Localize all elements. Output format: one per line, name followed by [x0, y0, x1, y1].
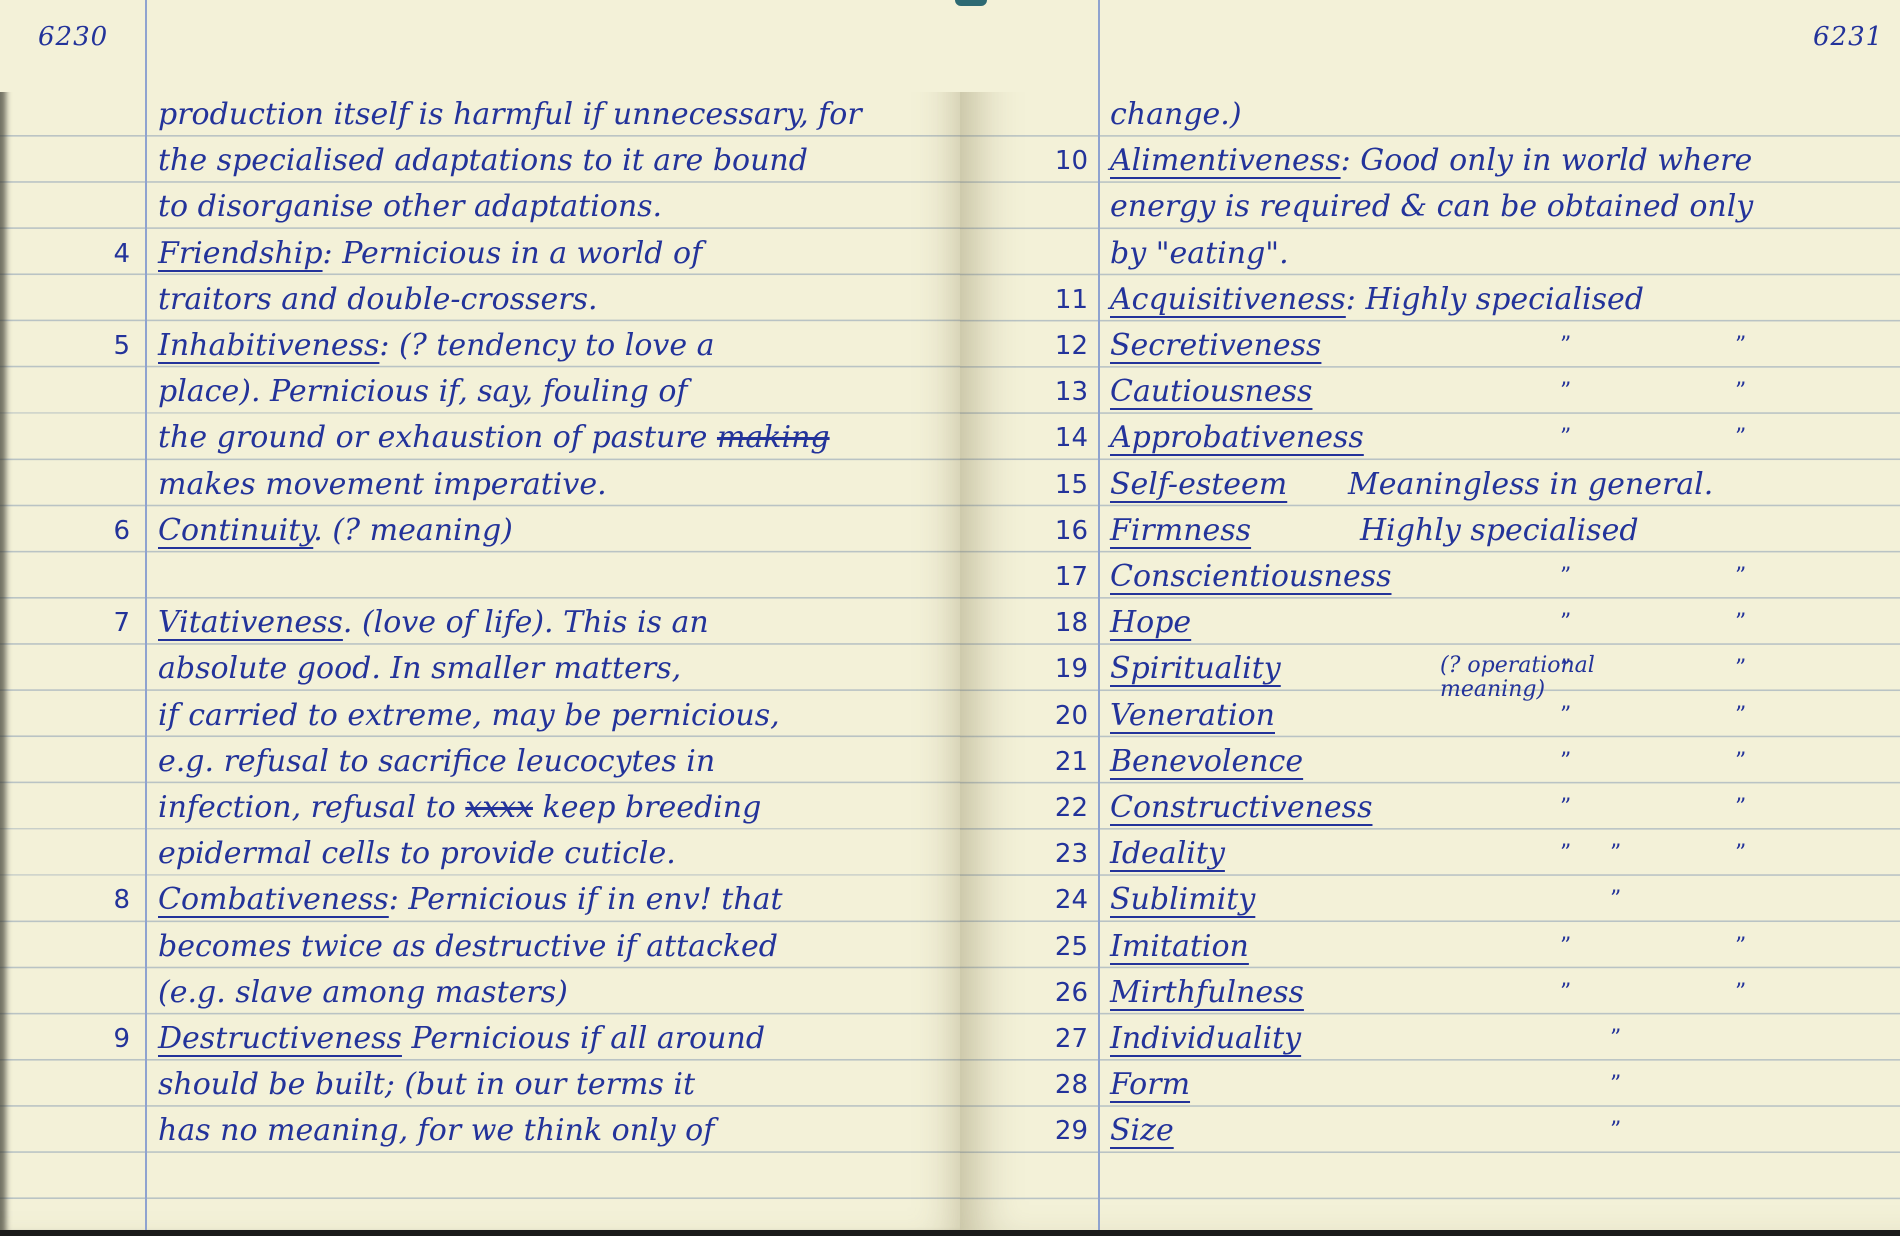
line-text: Friendship: Pernicious in a world of	[158, 231, 702, 277]
text-line: 29Size”	[960, 1108, 1900, 1154]
line-text: Approbativeness	[1110, 415, 1364, 461]
ditto-mark: ”	[1560, 323, 1571, 369]
line-text: Individuality	[1110, 1016, 1301, 1062]
text-line: 17Conscientiousness””	[960, 554, 1900, 600]
struck-word: xxxx	[465, 790, 533, 825]
ditto-mark: ”	[1610, 877, 1621, 923]
faculty-term: Mirthfulness	[1110, 975, 1304, 1010]
item-number: 20	[1048, 693, 1088, 739]
faculty-term: Veneration	[1110, 698, 1275, 733]
item-number: 12	[1048, 323, 1088, 369]
line-text: should be built; (but in our terms it	[158, 1062, 695, 1108]
text-line: epidermal cells to provide cuticle.	[0, 831, 960, 877]
line-text: Destructiveness Pernicious if all around	[158, 1016, 765, 1062]
text-line: 27Individuality”	[960, 1016, 1900, 1062]
text-line: the specialised adaptations to it are bo…	[0, 138, 960, 184]
text-line: to disorganise other adaptations.	[0, 184, 960, 230]
line-text: e.g. refusal to sacrifice leucocytes in	[158, 739, 715, 785]
line-body: . (? meaning)	[313, 513, 513, 548]
item-number: 21	[1048, 739, 1088, 785]
item-number: 24	[1048, 877, 1088, 923]
item-number: 8	[90, 877, 130, 923]
item-number: 26	[1048, 970, 1088, 1016]
text-line: 18Hope””	[960, 600, 1900, 646]
line-body: should be built; (but in our terms it	[158, 1067, 695, 1102]
line-body: production itself is harmful if unnecess…	[158, 97, 862, 132]
left-page: 6230 production itself is harmful if unn…	[0, 0, 960, 1230]
ditto-mark: ”	[1735, 693, 1746, 739]
struck-word: making	[717, 420, 830, 455]
faculty-term: Cautiousness	[1110, 374, 1312, 409]
line-text: Imitation	[1110, 924, 1249, 970]
item-number: 23	[1048, 831, 1088, 877]
text-line: 5Inhabitiveness: (? tendency to love a	[0, 323, 960, 369]
line-text: Size	[1110, 1108, 1174, 1154]
text-line: 8Combativeness: Pernicious if in env! th…	[0, 877, 960, 923]
line-text: makes movement imperative.	[158, 462, 607, 508]
line-body: has no meaning, for we think only of	[158, 1113, 714, 1148]
ditto-mark: ”	[1560, 554, 1571, 600]
faculty-term: Destructiveness	[158, 1021, 402, 1056]
item-number: 19	[1048, 646, 1088, 692]
faculty-term: Continuity	[158, 513, 313, 548]
line-body: the ground or exhaustion of pasture	[158, 420, 707, 455]
faculty-term: Size	[1110, 1113, 1174, 1148]
page-header-area	[960, 0, 1900, 92]
faculty-term: Approbativeness	[1110, 420, 1364, 455]
line-body: by "eating".	[1110, 236, 1289, 271]
line-text: Constructiveness	[1110, 785, 1372, 831]
ditto-mark: ”	[1560, 970, 1571, 1016]
text-line: 11Acquisitiveness: Highly specialised	[960, 277, 1900, 323]
line-body: infection, refusal to	[158, 790, 456, 825]
faculty-term: Imitation	[1110, 929, 1249, 964]
item-number: 11	[1048, 277, 1088, 323]
text-line: has no meaning, for we think only of	[0, 1108, 960, 1154]
item-number: 16	[1048, 508, 1088, 554]
text-line: traitors and double-crossers.	[0, 277, 960, 323]
item-number: 17	[1048, 554, 1088, 600]
line-body: : Pernicious in a world of	[323, 236, 703, 271]
ditto-mark: ”	[1735, 646, 1746, 692]
line-body: Pernicious if all around	[402, 1021, 765, 1056]
item-number: 15	[1048, 462, 1088, 508]
text-line: infection, refusal to xxxx keep breeding	[0, 785, 960, 831]
line-text: if carried to extreme, may be pernicious…	[158, 693, 780, 739]
text-line: 13Cautiousness””	[960, 369, 1900, 415]
line-text: energy is required & can be obtained onl…	[1110, 184, 1753, 230]
text-line: 20Veneration””	[960, 693, 1900, 739]
text-line: 28Form”	[960, 1062, 1900, 1108]
line-text: to disorganise other adaptations.	[158, 184, 662, 230]
ditto-mark: ”	[1560, 785, 1571, 831]
faculty-term: Acquisitiveness	[1110, 282, 1346, 317]
line-text: Form	[1110, 1062, 1190, 1108]
text-line: change.)	[960, 92, 1900, 138]
line-body: if carried to extreme, may be pernicious…	[158, 698, 780, 733]
item-number: 9	[90, 1016, 130, 1062]
line-body: : Pernicious if in env! that	[389, 882, 783, 917]
ditto-mark: ”	[1735, 785, 1746, 831]
item-number: 14	[1048, 415, 1088, 461]
ditto-mark: ”	[1735, 323, 1746, 369]
ditto-mark: ”	[1735, 600, 1746, 646]
line-body: : (? tendency to love a	[379, 328, 714, 363]
line-body: becomes twice as destructive if attacked	[158, 929, 778, 964]
text-line: should be built; (but in our terms it	[0, 1062, 960, 1108]
line-text: becomes twice as destructive if attacked	[158, 924, 778, 970]
text-line	[0, 554, 960, 600]
line-body: place). Pernicious if, say, fouling of	[158, 374, 688, 409]
line-text: Continuity. (? meaning)	[158, 508, 513, 554]
ditto-mark: ”	[1610, 1062, 1621, 1108]
text-line: 15Self-esteemMeaningless in general.	[960, 462, 1900, 508]
assessment-text: Highly specialised	[1360, 508, 1639, 554]
ditto-mark: ”	[1560, 600, 1571, 646]
faculty-term: Hope	[1110, 605, 1191, 640]
line-continuation: keep breeding	[543, 790, 762, 825]
text-line: 7Vitativeness. (love of life). This is a…	[0, 600, 960, 646]
line-body: energy is required & can be obtained onl…	[1110, 189, 1753, 224]
line-text: place). Pernicious if, say, fouling of	[158, 369, 688, 415]
text-line: absolute good. In smaller matters,	[0, 646, 960, 692]
faculty-term: Form	[1110, 1067, 1190, 1102]
faculty-term: Self-esteem	[1110, 467, 1287, 502]
ditto-mark: ”	[1560, 831, 1571, 877]
line-text: by "eating".	[1110, 231, 1289, 277]
text-line: 14Approbativeness””	[960, 415, 1900, 461]
line-body: change.)	[1110, 97, 1242, 132]
line-text: the ground or exhaustion of pasture maki…	[158, 415, 830, 461]
ditto-mark: ”	[1735, 970, 1746, 1016]
page-number: 6231	[1813, 22, 1883, 52]
ditto-mark: ”	[1735, 739, 1746, 785]
text-line: 12Secretiveness””	[960, 323, 1900, 369]
faculty-term: Benevolence	[1110, 744, 1303, 779]
line-text: Firmness	[1110, 508, 1251, 554]
text-line: if carried to extreme, may be pernicious…	[0, 693, 960, 739]
line-text: has no meaning, for we think only of	[158, 1108, 714, 1154]
text-line: 26Mirthfulness””	[960, 970, 1900, 1016]
text-line: place). Pernicious if, say, fouling of	[0, 369, 960, 415]
line-text: production itself is harmful if unnecess…	[158, 92, 862, 138]
line-body: (e.g. slave among masters)	[158, 975, 568, 1010]
faculty-term: Vitativeness	[158, 605, 343, 640]
text-line: 10Alimentiveness: Good only in world whe…	[960, 138, 1900, 184]
line-text: epidermal cells to provide cuticle.	[158, 831, 676, 877]
ditto-mark: ”	[1560, 693, 1571, 739]
text-line: 9Destructiveness Pernicious if all aroun…	[0, 1016, 960, 1062]
line-text: Hope	[1110, 600, 1191, 646]
item-number: 29	[1048, 1108, 1088, 1154]
line-body: makes movement imperative.	[158, 467, 607, 502]
item-number: 6	[90, 508, 130, 554]
item-number: 27	[1048, 1016, 1088, 1062]
line-text: Sublimity	[1110, 877, 1255, 923]
ditto-mark: ”	[1560, 415, 1571, 461]
item-number: 22	[1048, 785, 1088, 831]
ditto-mark: ”	[1560, 739, 1571, 785]
text-line: 21Benevolence””	[960, 739, 1900, 785]
notebook-spread: 6230 production itself is harmful if unn…	[0, 0, 1900, 1230]
line-text: Spirituality	[1110, 646, 1281, 692]
faculty-term: Conscientiousness	[1110, 559, 1392, 594]
text-line: 22Constructiveness””	[960, 785, 1900, 831]
text-line: 24Sublimity”	[960, 877, 1900, 923]
item-number: 5	[90, 323, 130, 369]
line-body: epidermal cells to provide cuticle.	[158, 836, 676, 871]
text-line: the ground or exhaustion of pasture maki…	[0, 415, 960, 461]
assessment-text: Meaningless in general.	[1348, 462, 1713, 508]
faculty-term: Secretiveness	[1110, 328, 1321, 363]
text-line: e.g. refusal to sacrifice leucocytes in	[0, 739, 960, 785]
line-text: Ideality	[1110, 831, 1225, 877]
line-text: Veneration	[1110, 693, 1275, 739]
page-number: 6230	[38, 22, 108, 52]
line-text: Combativeness: Pernicious if in env! tha…	[158, 877, 783, 923]
ditto-mark: ”	[1735, 554, 1746, 600]
line-text: Mirthfulness	[1110, 970, 1304, 1016]
ditto-mark: ”	[1735, 831, 1746, 877]
line-text: Self-esteem	[1110, 462, 1287, 508]
text-line: becomes twice as destructive if attacked	[0, 924, 960, 970]
faculty-term: Spirituality	[1110, 651, 1281, 686]
faculty-term: Sublimity	[1110, 882, 1255, 917]
faculty-term: Firmness	[1110, 513, 1251, 548]
text-line: by "eating".	[960, 231, 1900, 277]
ditto-mark: ”	[1735, 924, 1746, 970]
faculty-term: Inhabitiveness	[158, 328, 379, 363]
ditto-mark: ”	[1610, 831, 1621, 877]
item-number: 10	[1048, 138, 1088, 184]
line-text: Vitativeness. (love of life). This is an	[158, 600, 709, 646]
text-line: production itself is harmful if unnecess…	[0, 92, 960, 138]
text-line: makes movement imperative.	[0, 462, 960, 508]
faculty-term: Individuality	[1110, 1021, 1301, 1056]
text-line: (e.g. slave among masters)	[0, 970, 960, 1016]
faculty-term: Combativeness	[158, 882, 389, 917]
line-body: to disorganise other adaptations.	[158, 189, 662, 224]
item-number: 28	[1048, 1062, 1088, 1108]
ditto-mark: ”	[1560, 924, 1571, 970]
faculty-term: Alimentiveness	[1110, 143, 1341, 178]
faculty-term: Constructiveness	[1110, 790, 1372, 825]
text-line: energy is required & can be obtained onl…	[960, 184, 1900, 230]
line-text: change.)	[1110, 92, 1242, 138]
binding-spine	[955, 0, 987, 6]
ditto-mark: ”	[1560, 369, 1571, 415]
item-number: 7	[90, 600, 130, 646]
line-text: Acquisitiveness: Highly specialised	[1110, 277, 1644, 323]
ditto-mark: ”	[1735, 415, 1746, 461]
text-line: 6Continuity. (? meaning)	[0, 508, 960, 554]
ditto-mark: ”	[1610, 1016, 1621, 1062]
item-number: 25	[1048, 924, 1088, 970]
line-text: infection, refusal to xxxx keep breeding	[158, 785, 761, 831]
text-line: 25Imitation””	[960, 924, 1900, 970]
line-body: the specialised adaptations to it are bo…	[158, 143, 808, 178]
text-line: 16FirmnessHighly specialised	[960, 508, 1900, 554]
faculty-term: Friendship	[158, 236, 323, 271]
text-line: 23Ideality”””	[960, 831, 1900, 877]
line-text: traitors and double-crossers.	[158, 277, 598, 323]
page-header-area	[0, 0, 960, 92]
line-text: absolute good. In smaller matters,	[158, 646, 681, 692]
line-text: Secretiveness	[1110, 323, 1321, 369]
line-body: : Highly specialised	[1346, 282, 1644, 317]
line-body: . (love of life). This is an	[343, 605, 709, 640]
ditto-mark: ”	[1610, 1108, 1621, 1154]
line-body: e.g. refusal to sacrifice leucocytes in	[158, 744, 715, 779]
line-body: : Good only in world where	[1341, 143, 1753, 178]
right-page: 6231 change.)10Alimentiveness: Good only…	[960, 0, 1900, 1230]
item-number: 18	[1048, 600, 1088, 646]
line-text: Conscientiousness	[1110, 554, 1392, 600]
ditto-mark: ”	[1735, 369, 1746, 415]
item-number: 13	[1048, 369, 1088, 415]
line-text: Cautiousness	[1110, 369, 1312, 415]
faculty-term: Ideality	[1110, 836, 1225, 871]
item-number: 4	[90, 231, 130, 277]
line-text: the specialised adaptations to it are bo…	[158, 138, 808, 184]
line-text: Alimentiveness: Good only in world where	[1110, 138, 1752, 184]
line-text: Inhabitiveness: (? tendency to love a	[158, 323, 715, 369]
line-body: traitors and double-crossers.	[158, 282, 598, 317]
line-text: (e.g. slave among masters)	[158, 970, 568, 1016]
text-line: 4Friendship: Pernicious in a world of	[0, 231, 960, 277]
text-line: 19Spirituality””(? operational meaning)	[960, 646, 1900, 692]
line-body: absolute good. In smaller matters,	[158, 651, 681, 686]
line-text: Benevolence	[1110, 739, 1303, 785]
